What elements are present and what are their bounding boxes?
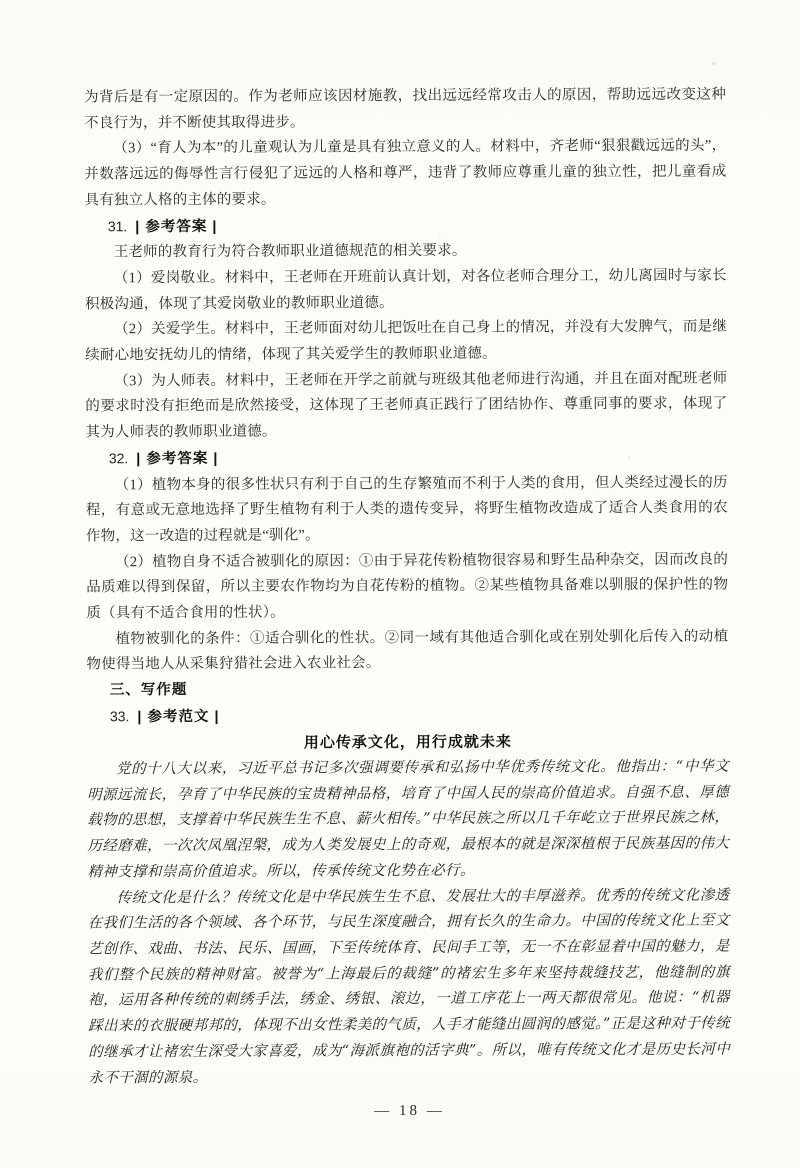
question-33-number: 33. (110, 708, 130, 724)
essay-title: 用心传承文化，用行成就未来 (87, 728, 729, 757)
q32-answer-label-row: 32.| 参考答案 | (86, 443, 728, 473)
q31-answer-label-row: 31.| 参考答案 | (85, 211, 727, 241)
q32-reference-answer-badge: | 参考答案 | (136, 451, 218, 467)
section-heading-writing-task: 三、写作题 (87, 676, 729, 705)
q32-answer-point-1: （1）植物本身的很多性状只有利于自己的生存繁殖而不利于人类的食用，但人类经过漫长… (86, 470, 728, 550)
q31-answer-point-3: （3）为人师表。材料中，王老师在开学之前就与班级其他老师进行沟通，并且在面对配班… (85, 366, 727, 446)
q33-reference-essay-badge: | 参考范文 | (137, 709, 219, 725)
essay-paragraph-1: 党的十八大以来，习近平总书记多次强调要传承和弘扬中华优秀传统文化。他指出：“中华… (87, 755, 730, 886)
q31-answer-intro: 王老师的教育行为符合教师职业道德规范的相关要求。 (85, 238, 727, 267)
q31-reference-answer-badge: | 参考答案 | (135, 218, 217, 234)
scan-artifact (712, 62, 716, 65)
q32-answer-point-2: （2）植物自身不适合被驯化的原因：①由于异花传粉植物很容易和野生品种杂交，因而改… (86, 547, 728, 627)
q31-answer-point-1: （1）爱岗敬业。材料中，王老师在开班前认真计划，对各位老师合理分工，幼儿离园时与… (85, 264, 727, 318)
page-content: 为背后是有一定原因的。作为老师应该因材施教，找出远远经常攻击人的原因，帮助远远改… (84, 83, 731, 1122)
question-31-number: 31. (108, 218, 128, 234)
q32-answer-point-3: 植物被驯化的条件：①适合驯化的性状。②同一域有其他适合驯化或在别处驯化后传入的动… (86, 624, 728, 678)
q30-answer-point-3: （3）“育人为本”的儿童观认为儿童是具有独立意义的人。材料中，齐老师“狠狠戳远远… (84, 134, 726, 214)
page-number: — 18 — (88, 1102, 730, 1122)
q31-answer-point-2: （2）关爱学生。材料中，王老师面对幼儿把饭吐在自己身上的情况，并没有大发脾气，而… (85, 315, 727, 369)
essay-paragraph-2: 传统文化是什么？传统文化是中华民族生生不息、发展壮大的丰厚滋养。优秀的传统文化渗… (87, 883, 730, 1091)
scanned-answer-page: 为背后是有一定原因的。作为老师应该因材施教，找出远远经常攻击人的原因，帮助远远改… (0, 0, 800, 1168)
question-32-number: 32. (109, 450, 129, 466)
q30-answer-continuation: 为背后是有一定原因的。作为老师应该因材施教，找出远远经常攻击人的原因，帮助远远改… (84, 83, 726, 137)
q33-answer-label-row: 33.| 参考范文 | (87, 701, 729, 731)
